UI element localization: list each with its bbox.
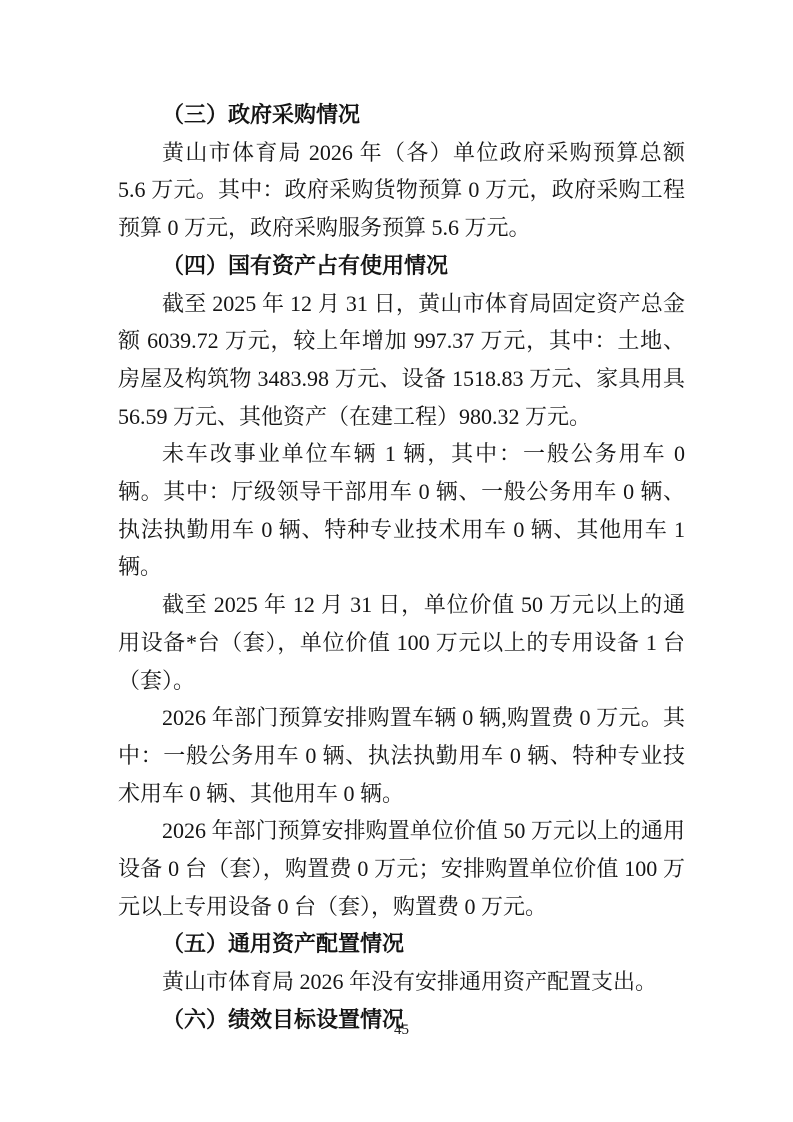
section-heading-state-assets: （四）国有资产占有使用情况 (118, 247, 685, 285)
document-body: （三）政府采购情况 黄山市体育局 2026 年（各）单位政府采购预算总额 5.6… (118, 96, 685, 1039)
paragraph-vehicle-purchase-budget: 2026 年部门预算安排购置车辆 0 辆,购置费 0 万元。其中：一般公务用车 … (118, 699, 685, 812)
paragraph-fixed-assets-total: 截至 2025 年 12 月 31 日，黄山市体育局固定资产总金额 6039.7… (118, 285, 685, 436)
paragraph-general-asset-allocation: 黄山市体育局 2026 年没有安排通用资产配置支出。 (118, 963, 685, 1001)
paragraph-vehicles-held: 未车改事业单位车辆 1 辆，其中：一般公务用车 0 辆。其中：厅级领导干部用车 … (118, 435, 685, 586)
paragraph-equipment-purchase-budget: 2026 年部门预算安排购置单位价值 50 万元以上的通用设备 0 台（套），购… (118, 812, 685, 925)
section-heading-government-procurement: （三）政府采购情况 (118, 96, 685, 134)
document-page: （三）政府采购情况 黄山市体育局 2026 年（各）单位政府采购预算总额 5.6… (0, 0, 793, 1122)
paragraph-procurement-budget: 黄山市体育局 2026 年（各）单位政府采购预算总额 5.6 万元。其中：政府采… (118, 134, 685, 247)
section-heading-general-asset-allocation: （五）通用资产配置情况 (118, 925, 685, 963)
page-number: 45 (118, 1020, 685, 1040)
paragraph-high-value-equipment-held: 截至 2025 年 12 月 31 日，单位价值 50 万元以上的通用设备*台（… (118, 586, 685, 699)
